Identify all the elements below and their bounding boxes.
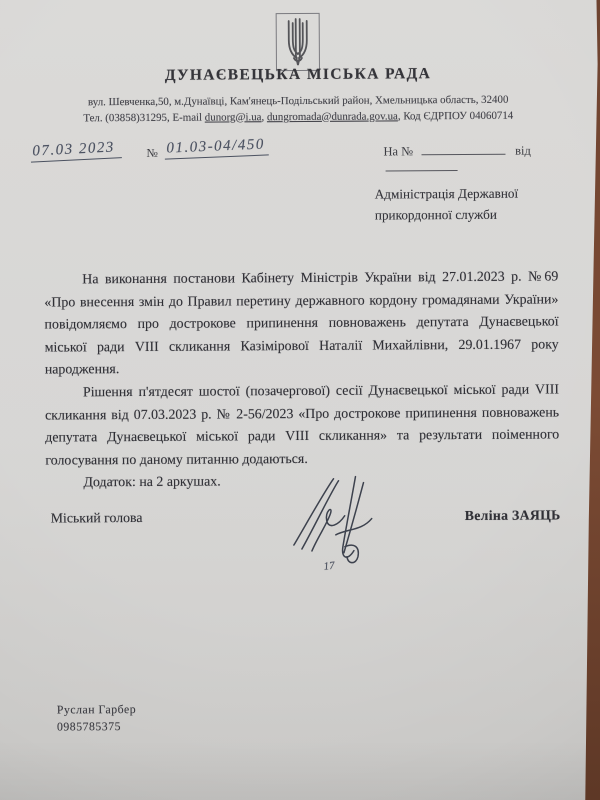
letter-body: На виконання постанови Кабінету Міністрі… (44, 266, 559, 495)
signature-block: Міський голова 17 Веліна ЗАЯЦЬ (1, 503, 600, 507)
handwritten-outgoing-number: 01.03-04/450 (164, 136, 269, 159)
signature-note: 17 (323, 560, 336, 573)
body-paragraph-1: На виконання постанови Кабінету Міністрі… (44, 266, 559, 382)
signature-icon: 17 (283, 472, 394, 573)
scanned-letter-page: ДУНАЄВЕЦЬКА МІСЬКА РАДА вул. Шевченка,50… (0, 0, 600, 800)
handwritten-signature: 17 (283, 472, 394, 577)
recipient-block: Адміністрація Державної прикордонної слу… (375, 182, 585, 225)
handwritten-date: 07.03 2023 (30, 139, 121, 162)
reference-line: 07.03 2023 № 01.03-04/450 На №від (0, 134, 598, 138)
email-link-1: dunorg@i.ua (205, 111, 262, 123)
organization-title: ДУНАЄВЕЦЬКА МІСЬКА РАДА (0, 64, 598, 86)
contact-prefix: Тел. (03858)31295, E-mail (83, 111, 205, 124)
executor-contact-block: Руслан Гарбер 0985785375 (57, 701, 136, 734)
recipient-line-1: Адміністрація Державної (375, 182, 585, 204)
signer-position: Міський голова (51, 510, 143, 527)
incoming-number-blank-line (421, 143, 505, 156)
number-sign: № (146, 146, 158, 161)
incoming-reference-blank: На №від (383, 142, 598, 175)
body-paragraph-2: Рішення п'ятдесят шостої (позачергової) … (45, 379, 560, 473)
recipient-line-2: прикордонної служби (375, 203, 585, 225)
executor-name: Руслан Гарбер (57, 701, 136, 718)
signer-name: Веліна ЗАЯЦЬ (465, 507, 561, 524)
contact-suffix: , Код ЄДРПОУ 04060714 (398, 109, 513, 122)
incoming-date-label: від (515, 144, 531, 158)
header-address-block: вул. Шевченка,50, м.Дунаївці, Кам'янець-… (0, 92, 598, 127)
tryzub-icon (275, 12, 321, 72)
incoming-date-blank-line (386, 159, 458, 171)
email-link-2: dungromada@dunrada.gov.ua (267, 110, 398, 123)
incoming-number-label: На № (383, 144, 413, 158)
contact-line: Тел. (03858)31295, E-mail dunorg@i.ua, d… (0, 108, 598, 127)
executor-phone: 0985785375 (57, 718, 136, 735)
